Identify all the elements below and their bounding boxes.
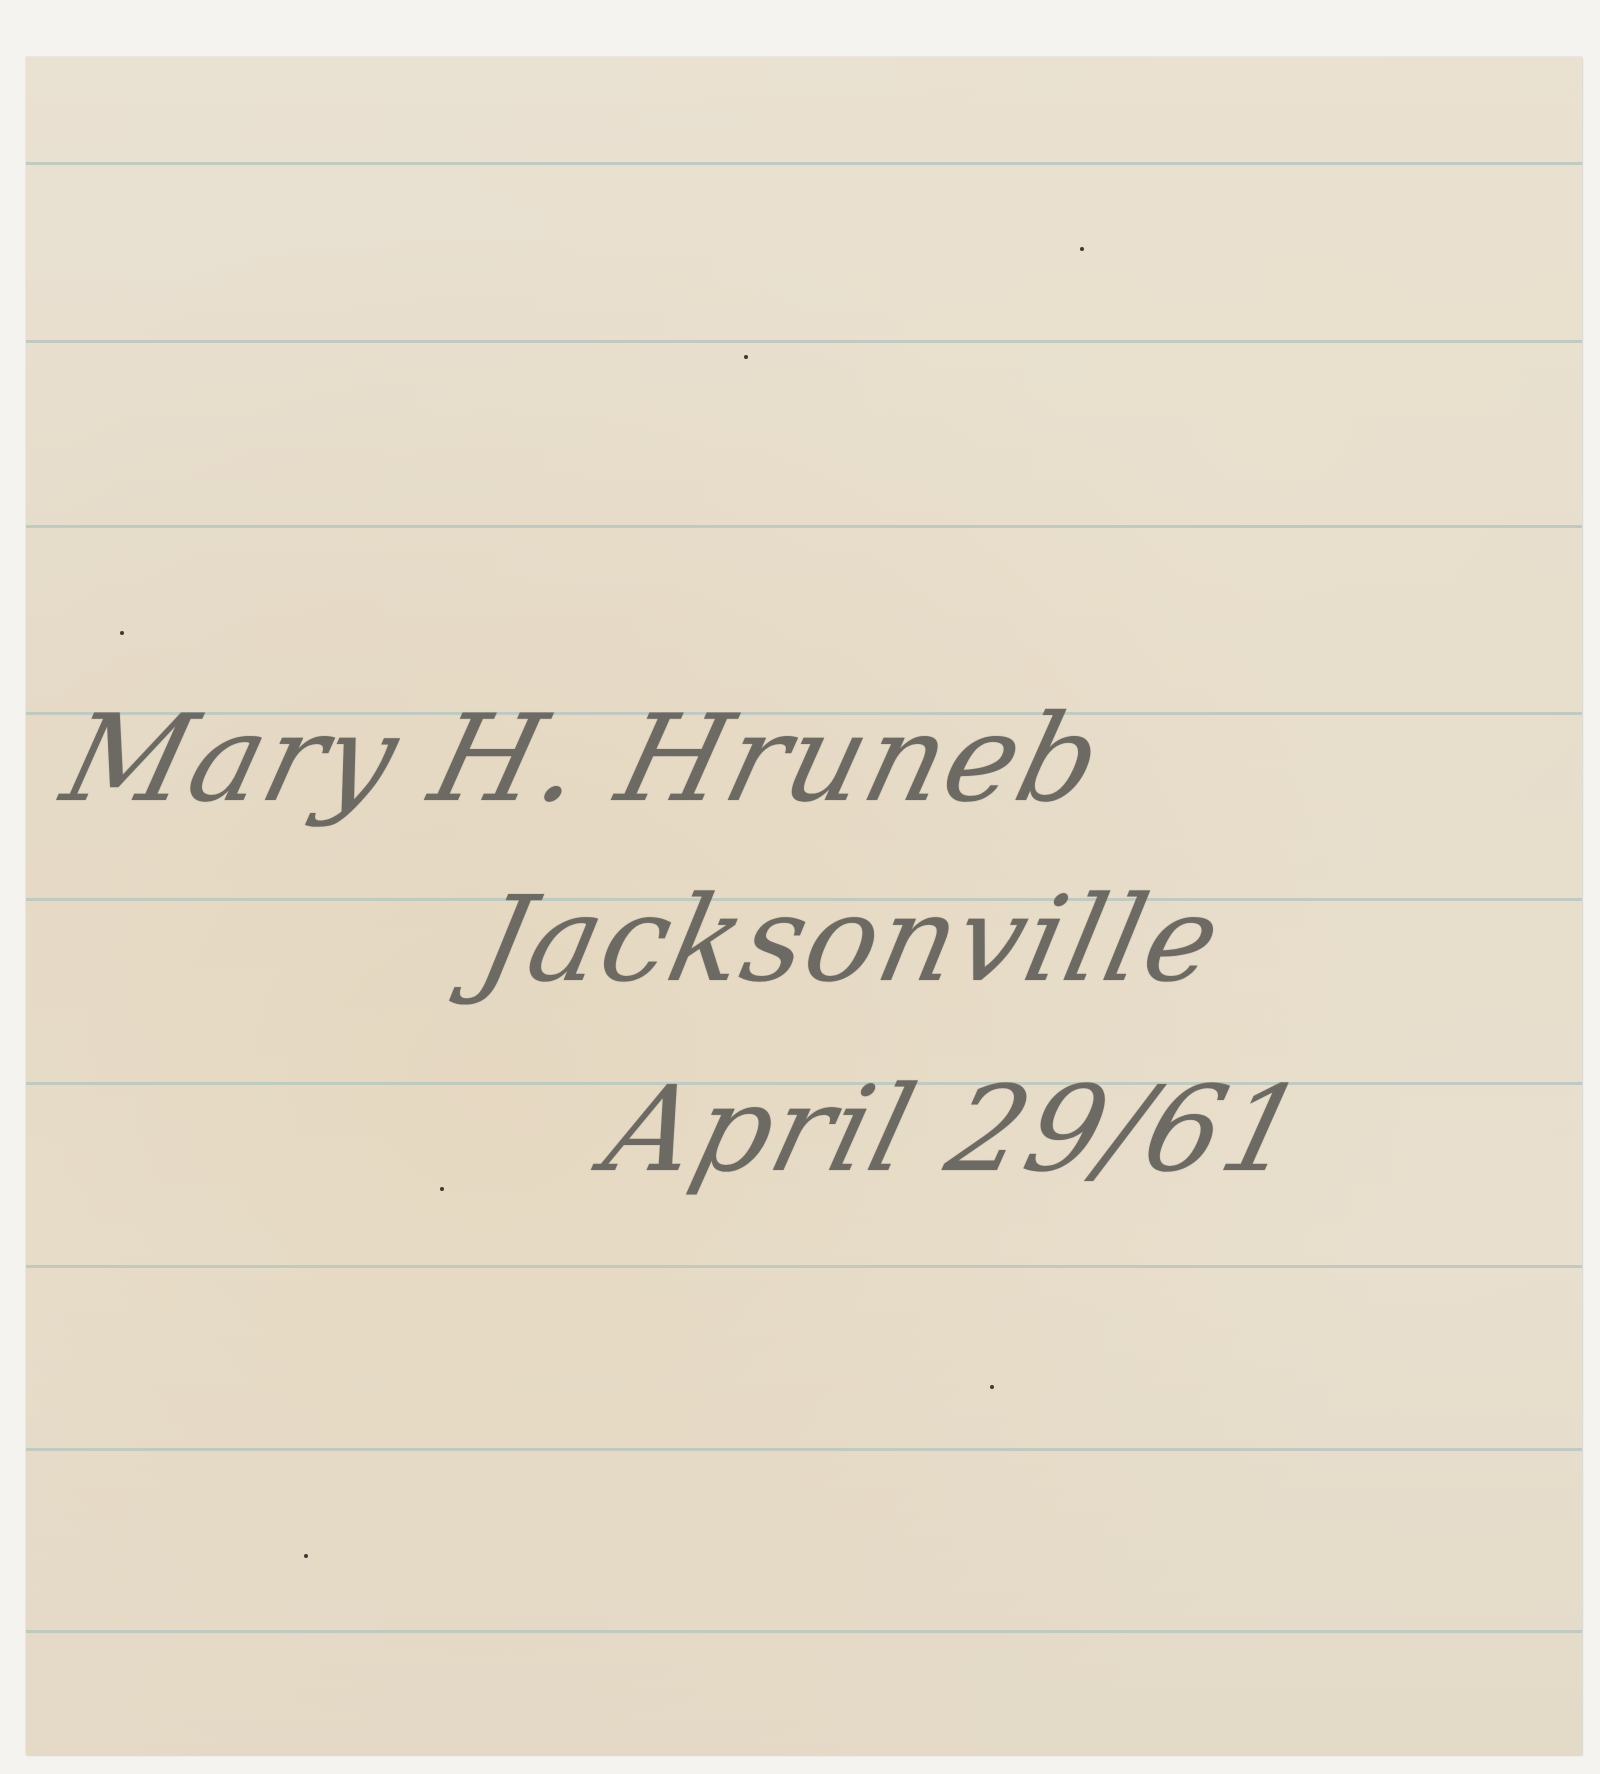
paper-speck xyxy=(304,1554,308,1558)
handwritten-name: Mary H. Hruneb xyxy=(51,690,1117,829)
paper-speck xyxy=(990,1385,994,1389)
ruling-line xyxy=(26,162,1582,165)
ruling-line xyxy=(26,340,1582,343)
paper-speck xyxy=(744,355,748,359)
ruling-line xyxy=(26,525,1582,528)
paper-speck xyxy=(440,1187,444,1191)
ruling-line xyxy=(26,1448,1582,1451)
ruling-line xyxy=(26,1630,1582,1633)
handwritten-place: Jacksonville xyxy=(467,870,1233,1008)
ruling-line xyxy=(26,1265,1582,1268)
paper-speck xyxy=(1080,247,1084,251)
paper-speck xyxy=(120,631,124,635)
handwritten-date: April 29/61 xyxy=(593,1060,1320,1198)
